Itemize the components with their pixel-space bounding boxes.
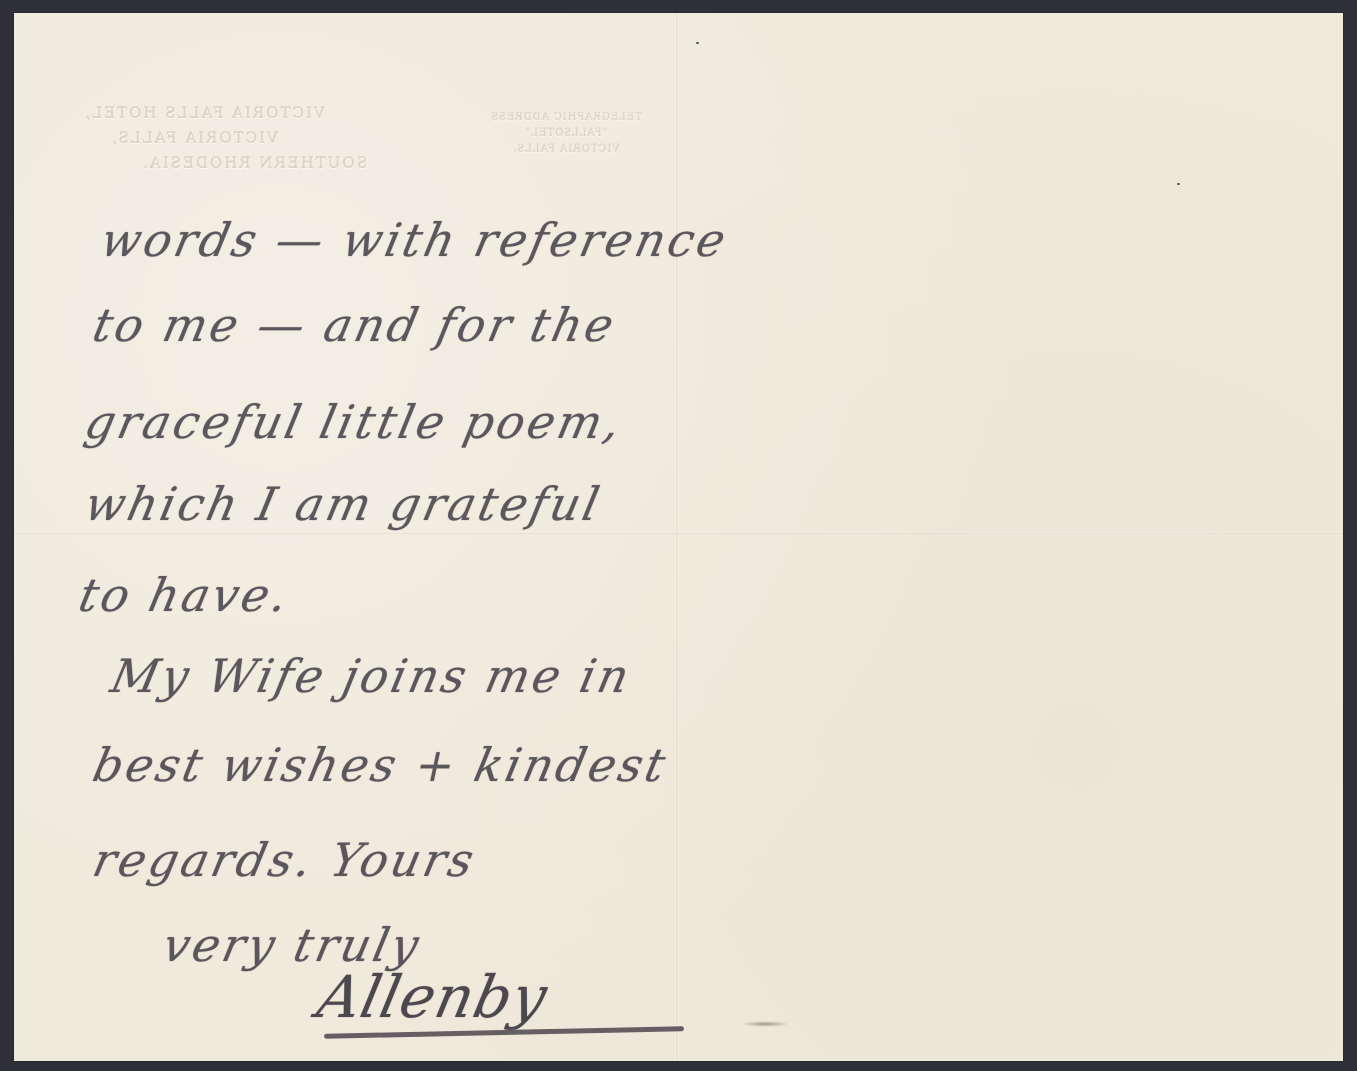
body-line: graceful little poem, — [80, 395, 628, 449]
paper-speck — [1177, 183, 1180, 185]
handwritten-body: words — with reference to me — and for t… — [14, 13, 1343, 1061]
body-line: best wishes + kindest — [88, 738, 673, 792]
body-line: My Wife joins me in — [106, 649, 637, 703]
letter-paper: VICTORIA FALLS HOTEL, VICTORIA FALLS, SO… — [14, 13, 1343, 1061]
signature: Allenby — [312, 963, 554, 1031]
body-line: regards. Yours — [88, 833, 481, 887]
body-line: to have. — [74, 568, 295, 622]
ink-smudge — [741, 1021, 789, 1027]
body-line: which I am grateful — [80, 477, 607, 531]
body-line: words — with reference — [96, 213, 733, 267]
body-line: to me — and for the — [88, 298, 621, 352]
paper-speck — [696, 42, 699, 44]
